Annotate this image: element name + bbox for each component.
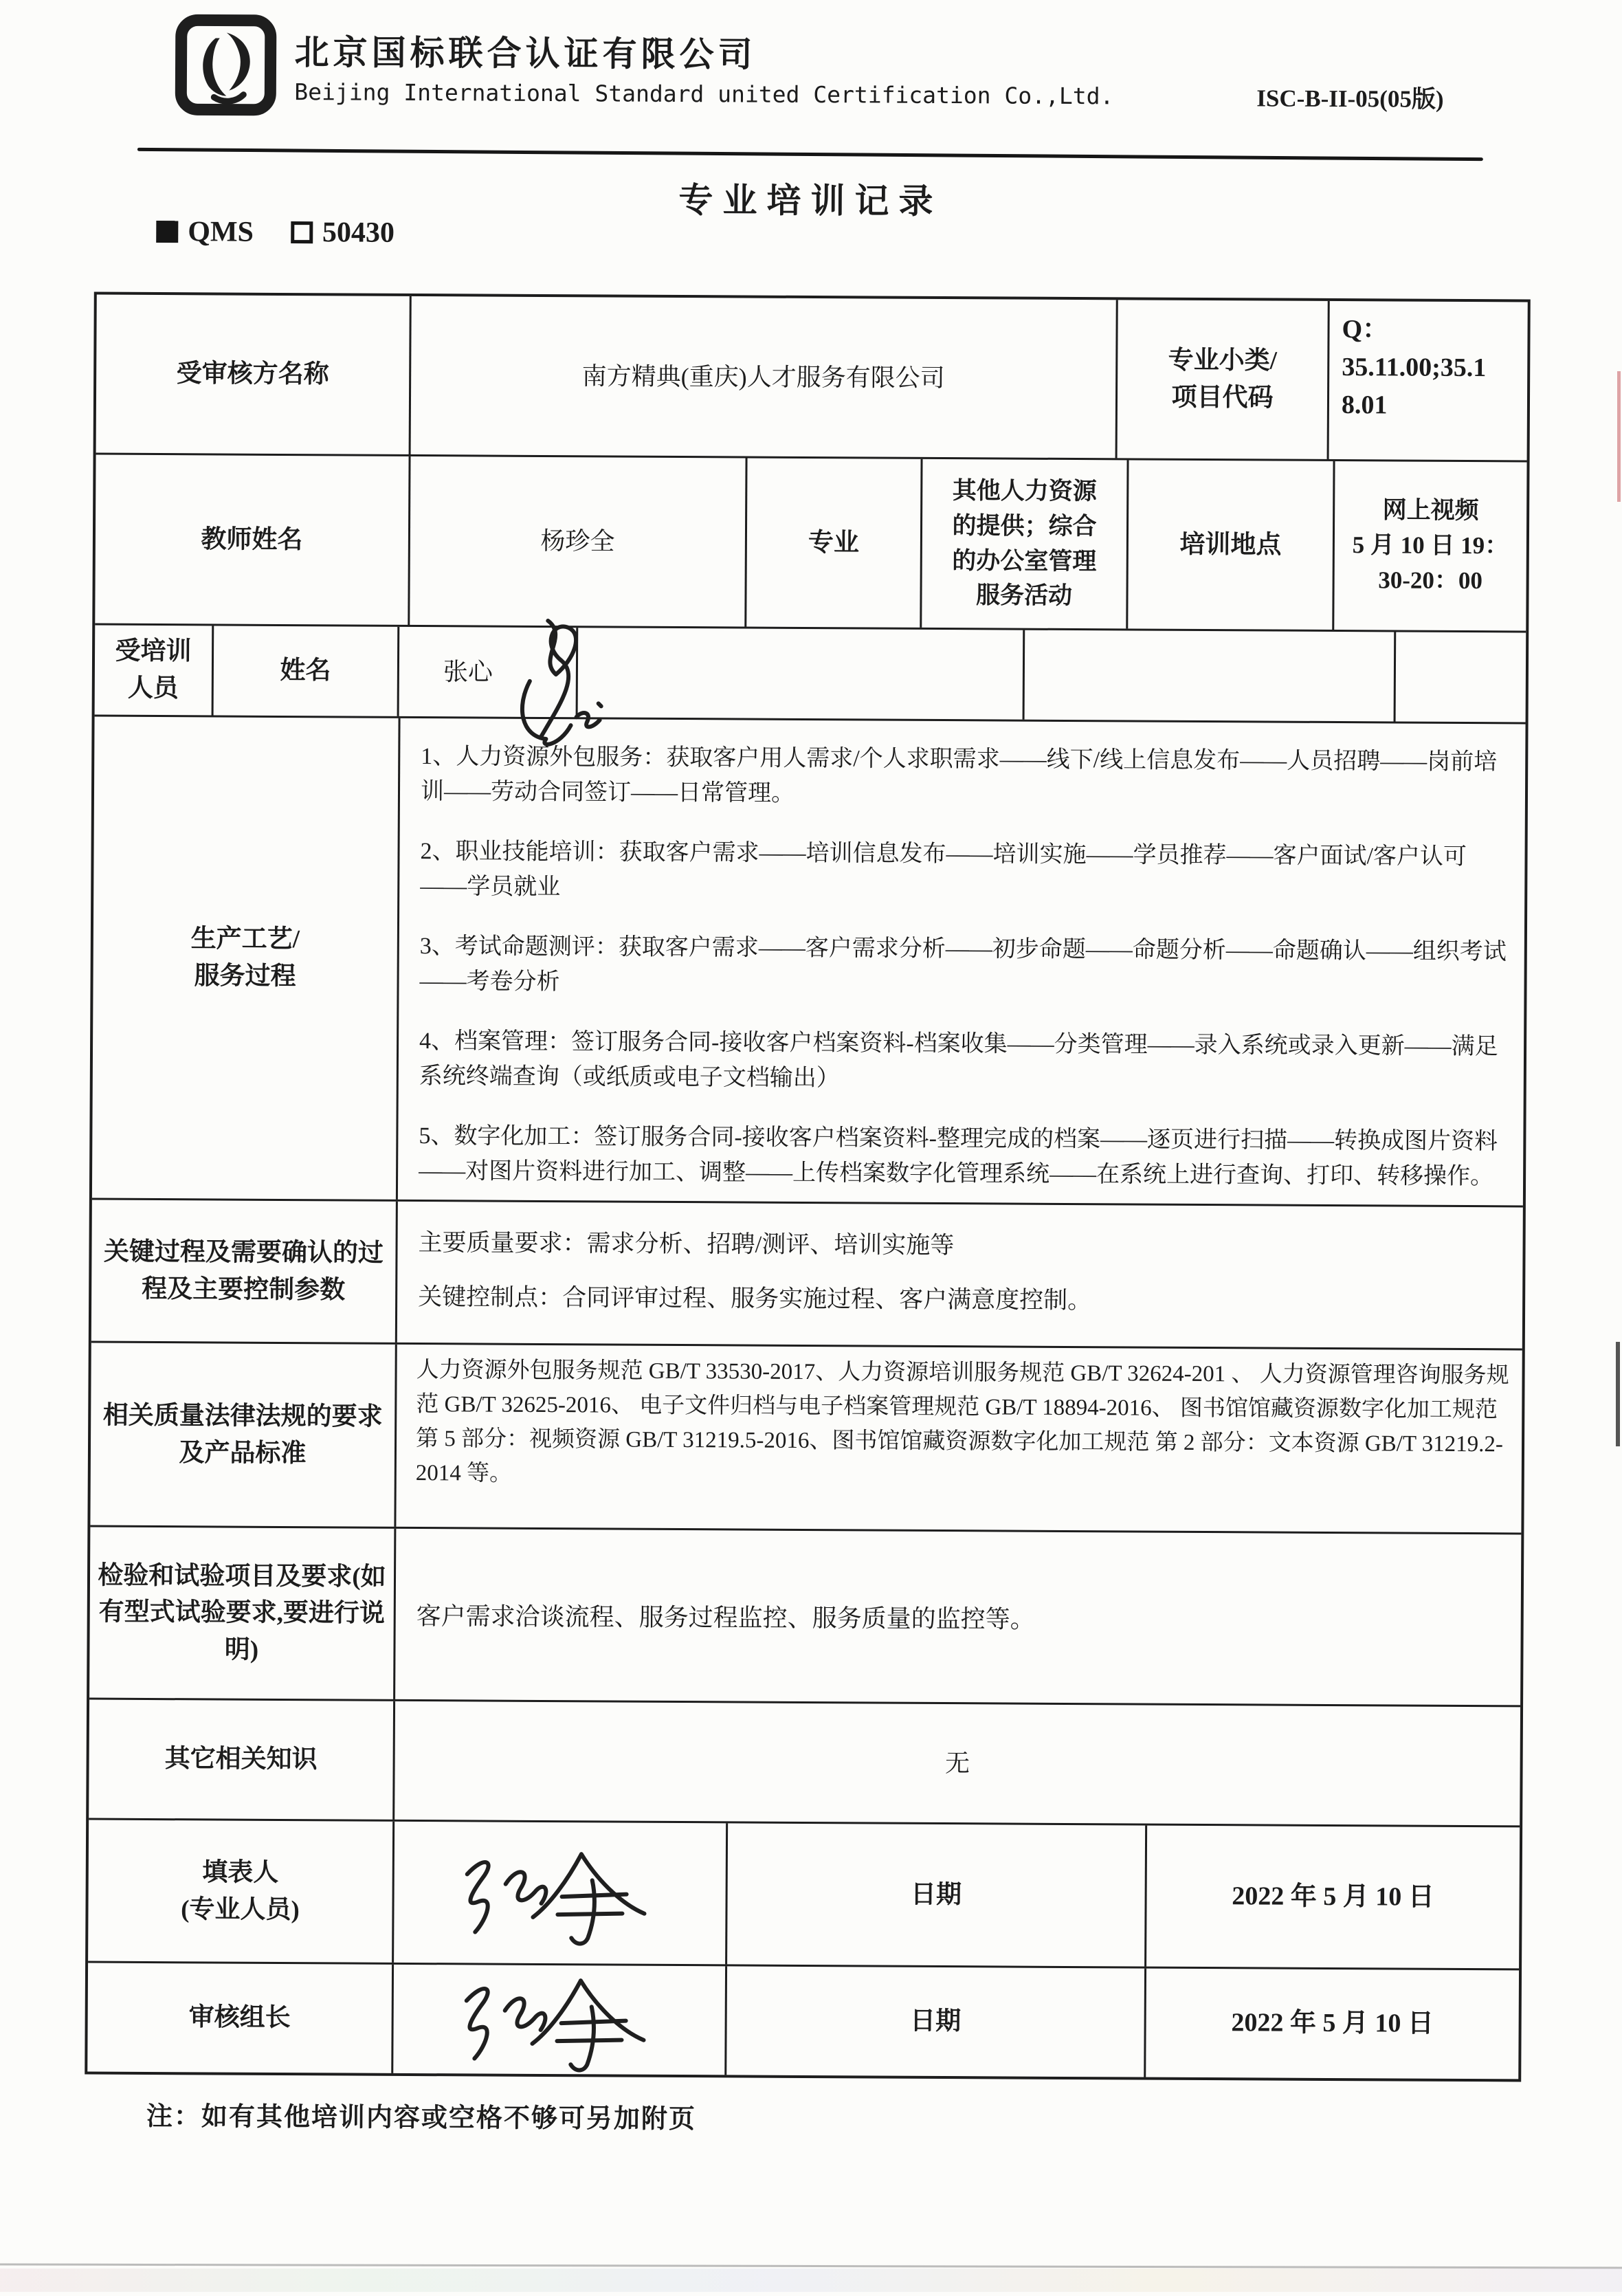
scan-edge-dark-artifact (1616, 1342, 1620, 1446)
inspection-value: 客户需求洽谈流程、服务过程监控、服务质量的监控等。 (395, 1529, 1521, 1706)
qms-checkbox-label: QMS (188, 215, 254, 249)
other-knowledge-label: 其它相关知识 (89, 1700, 395, 1820)
process-item-4: 4、档案管理：签订服务合同-接收客户档案资料-档案收集——分类管理——录入系统或… (419, 1024, 1509, 1099)
process-label: 生产工艺/ 服务过程 (92, 717, 401, 1200)
row-auditor: 审核组长 日期 2022 (87, 1961, 1519, 2079)
major-label: 专业 (746, 459, 922, 628)
process-item-2: 2、职业技能培训：获取客户需求——培训信息发布——培训实施——学员推荐——客户面… (420, 834, 1510, 909)
key-process-content: 主要质量要求：需求分析、招聘/测评、培训实施等 关键控制点：合同评审过程、服务实… (397, 1202, 1523, 1349)
document-code: ISC-B-II-05(05版) (1256, 79, 1443, 114)
audited-party-label: 受审核方名称 (96, 295, 412, 454)
company-name-cn: 北京国标联合认证有限公司 (294, 25, 756, 77)
signature-zhangxin-icon (502, 615, 619, 753)
company-name-en: Beijing International Standard united Ce… (294, 78, 1113, 109)
row-regulations: 相关质量法律法规的要求及产品标准 人力资源外包服务规范 GB/T 33530-2… (90, 1341, 1522, 1533)
scan-edge-red-artifact (1617, 371, 1621, 502)
key-process-control-line: 关键控制点：合同评审过程、服务实施过程、客户满意度控制。 (418, 1279, 1509, 1321)
trainee-empty-cell-1 (578, 628, 1025, 719)
row-process: 生产工艺/ 服务过程 1、人力资源外包服务：获取客户用人需求/个人求职需求——线… (92, 715, 1526, 1206)
training-location-label: 培训地点 (1128, 460, 1335, 630)
subcategory-code-label: 专业小类/ 项目代码 (1118, 300, 1330, 459)
trainee-name-label: 姓名 (214, 626, 400, 716)
trainee-name-value: 张心 (443, 654, 493, 690)
regulations-value: 人力资源外包服务规范 GB/T 33530-2017、人力资源培训服务规范 GB… (396, 1345, 1522, 1533)
major-value: 其他人力资源 的提供；综合 的办公室管理 服务活动 (922, 459, 1129, 629)
row-preparer: 填表人 (专业人员) 日期 (88, 1818, 1520, 1969)
row-trainees: 受培训 人员 姓名 张心 (95, 623, 1526, 722)
code-50430-checkbox-label: 50430 (322, 216, 395, 250)
row-teacher: 教师姓名 杨珍全 专业 其他人力资源 的提供；综合 的办公室管理 服务活动 培训… (95, 453, 1526, 631)
trainee-empty-cell-2 (1025, 630, 1397, 722)
preparer-date-value: 2022 年 5 月 10 日 (1146, 1826, 1520, 1969)
signature-auditor-icon (445, 1961, 673, 2079)
row-key-process: 关键过程及需要确认的过程及主要控制参数 主要质量要求：需求分析、招聘/测评、培训… (91, 1198, 1523, 1349)
preparer-date-label: 日期 (727, 1823, 1147, 1966)
preparer-signature-cell (394, 1822, 728, 1965)
process-content: 1、人力资源外包服务：获取客户用人需求/个人求职需求——线下/线上信息发布——人… (398, 718, 1526, 1206)
trainee-empty-cell-3 (1396, 632, 1526, 722)
trainees-label: 受培训 人员 (95, 626, 214, 716)
auditor-signature-cell (393, 1965, 727, 2075)
auditor-label: 审核组长 (87, 1963, 394, 2073)
subcategory-code-value: Q： 35.11.00;35.1 8.01 (1329, 301, 1528, 461)
row-audited-party: 受审核方名称 南方精典(重庆)人才服务有限公司 专业小类/ 项目代码 Q： 35… (96, 295, 1528, 461)
process-item-3: 3、考试命题测评：获取客户需求——客户需求分析——初步命题——命题分析——命题确… (419, 929, 1509, 1004)
teacher-name-label: 教师姓名 (95, 455, 410, 625)
header-divider (137, 148, 1483, 161)
footnote: 注：如有其他培训内容或空格不够可另加附页 (146, 2095, 696, 2135)
other-knowledge-value: 无 (395, 1701, 1520, 1826)
row-other-knowledge: 其它相关知识 无 (89, 1698, 1520, 1826)
training-record-table: 受审核方名称 南方精典(重庆)人才服务有限公司 专业小类/ 项目代码 Q： 35… (85, 292, 1531, 2082)
code-50430-checkbox-icon (291, 221, 313, 243)
key-process-label: 关键过程及需要确认的过程及主要控制参数 (91, 1200, 398, 1343)
scan-color-strip-artifact (0, 2269, 1622, 2292)
row-inspection: 检验和试验项目及要求(如有型式试验要求,要进行说明) 客户需求洽谈流程、服务过程… (89, 1525, 1521, 1706)
regulations-label: 相关质量法律法规的要求及产品标准 (90, 1343, 397, 1527)
scheme-checkbox-row: QMS 50430 (156, 215, 395, 250)
training-location-value: 网上视频 5 月 10 日 19： 30-20：00 (1334, 461, 1526, 630)
teacher-name-value: 杨珍全 (410, 456, 747, 627)
qms-checkbox-icon (156, 221, 178, 243)
inspection-label: 检验和试验项目及要求(如有型式试验要求,要进行说明) (89, 1527, 396, 1699)
company-logo-icon (173, 13, 278, 117)
scan-content: 北京国标联合认证有限公司 Beijing International Stand… (0, 0, 1622, 2296)
audited-party-value: 南方精典(重庆)人才服务有限公司 (411, 296, 1118, 458)
trainee-name-cell: 张心 (399, 627, 579, 717)
signature-preparer-icon (446, 1834, 674, 1952)
key-process-quality-line: 主要质量要求：需求分析、招聘/测评、培训实施等 (418, 1225, 1509, 1267)
preparer-label: 填表人 (专业人员) (88, 1820, 395, 1963)
scanned-training-record-page: 北京国标联合认证有限公司 Beijing International Stand… (0, 0, 1622, 2296)
process-item-5: 5、数字化加工：签订服务合同-接收客户档案资料-整理完成的档案——逐页进行扫描—… (419, 1118, 1509, 1194)
auditor-date-value: 2022 年 5 月 10 日 (1146, 1969, 1519, 2079)
auditor-date-label: 日期 (726, 1966, 1146, 2077)
